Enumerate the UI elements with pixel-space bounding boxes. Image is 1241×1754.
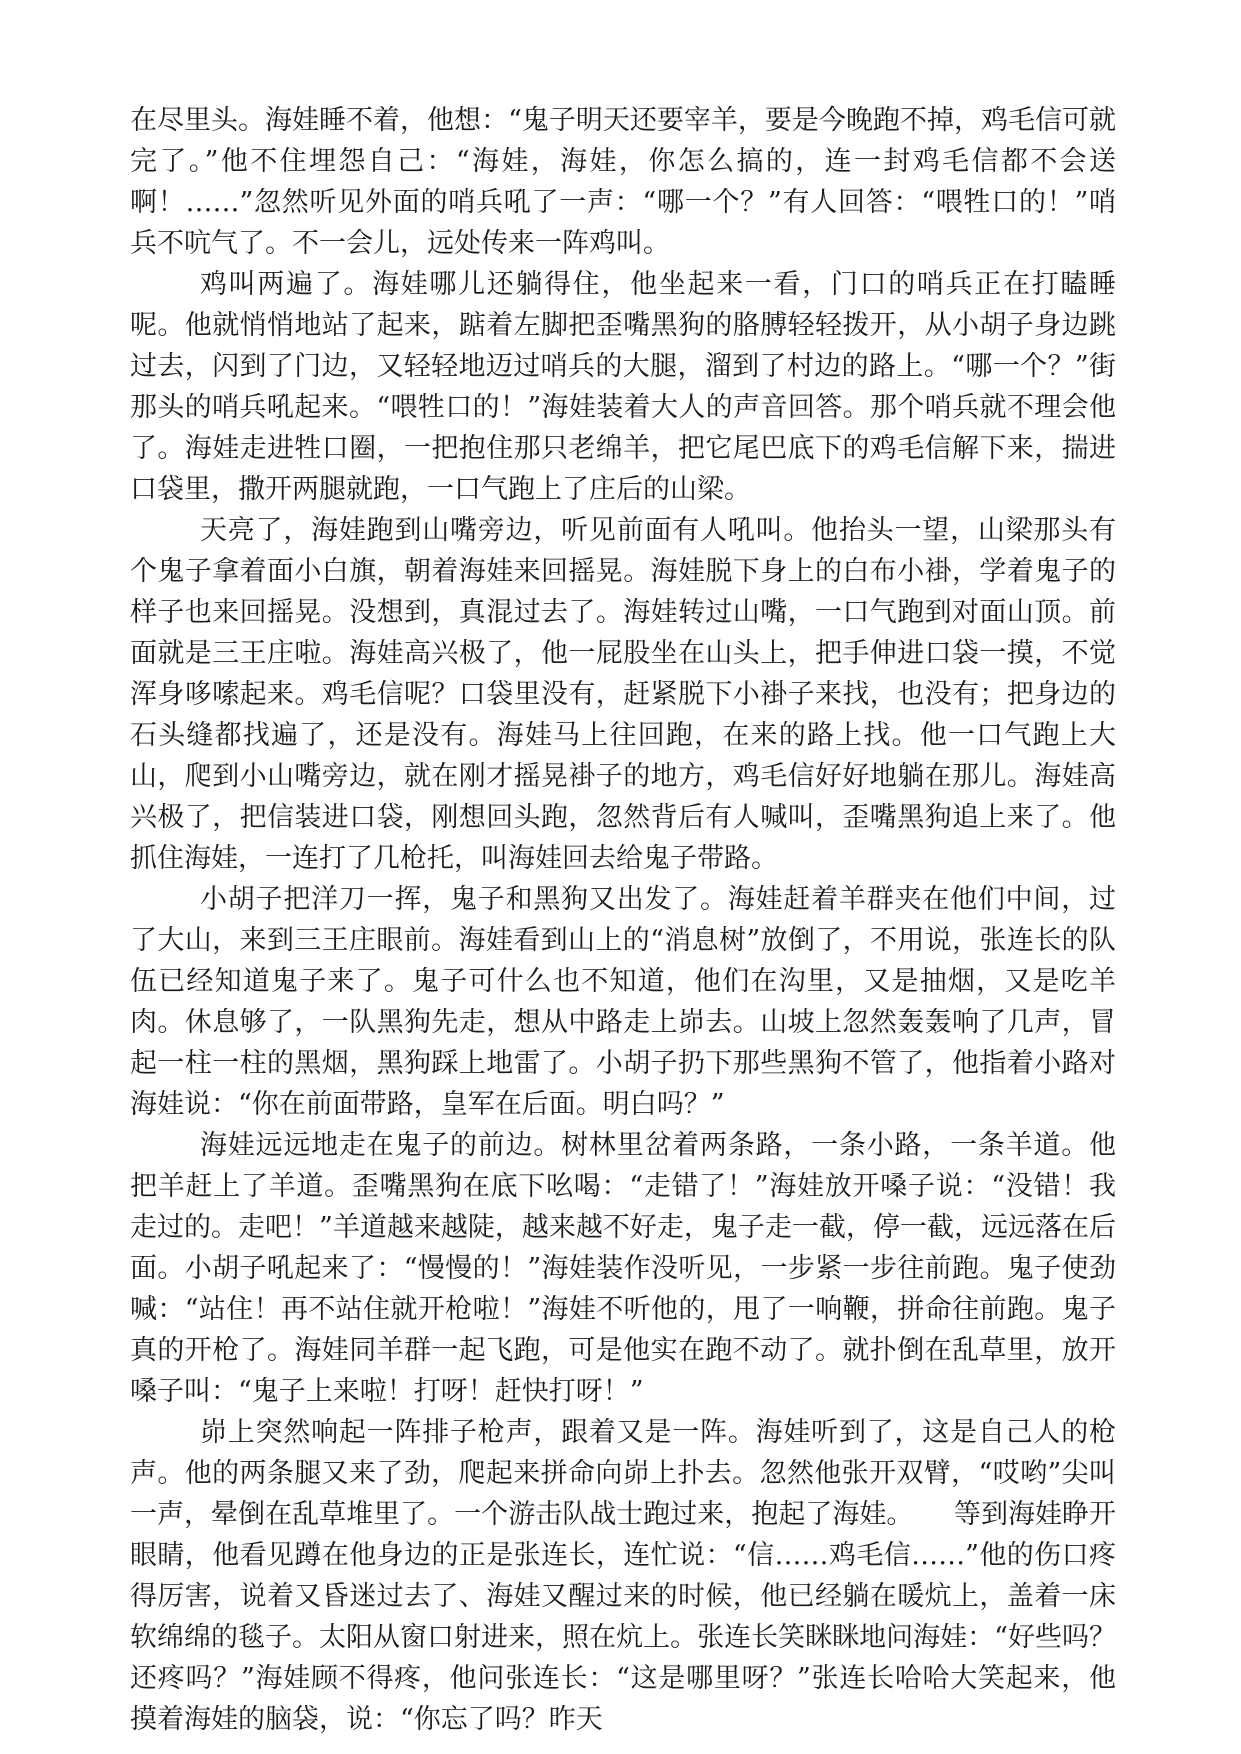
story-text: 在尽里头。海娃睡不着，他想：“鬼子明天还要宰羊，要是今晚跑不掉，鸡毛信可就完了。… (130, 100, 1116, 1740)
story-paragraph-2: 鸡叫两遍了。海娃哪儿还躺得住，他坐起来一看，门口的哨兵正在打瞌睡呢。他就悄悄地站… (130, 264, 1116, 510)
story-paragraph-4: 小胡子把洋刀一挥，鬼子和黑狗又出发了。海娃赶着羊群夹在他们中间，过了大山，来到三… (130, 879, 1116, 1125)
document-page: 在尽里头。海娃睡不着，他想：“鬼子明天还要宰羊，要是今晚跑不掉，鸡毛信可就完了。… (0, 0, 1241, 1754)
story-paragraph-5: 海娃远远地走在鬼子的前边。树林里岔着两条路，一条小路，一条羊道。他把羊赶上了羊道… (130, 1125, 1116, 1412)
story-paragraph-3: 天亮了，海娃跑到山嘴旁边，听见前面有人吼叫。他抬头一望，山梁那头有个鬼子拿着面小… (130, 510, 1116, 879)
story-paragraph-1: 在尽里头。海娃睡不着，他想：“鬼子明天还要宰羊，要是今晚跑不掉，鸡毛信可就完了。… (130, 100, 1116, 264)
story-paragraph-6: 峁上突然响起一阵排子枪声，跟着又是一阵。海娃听到了，这是自己人的枪声。他的两条腿… (130, 1412, 1116, 1740)
